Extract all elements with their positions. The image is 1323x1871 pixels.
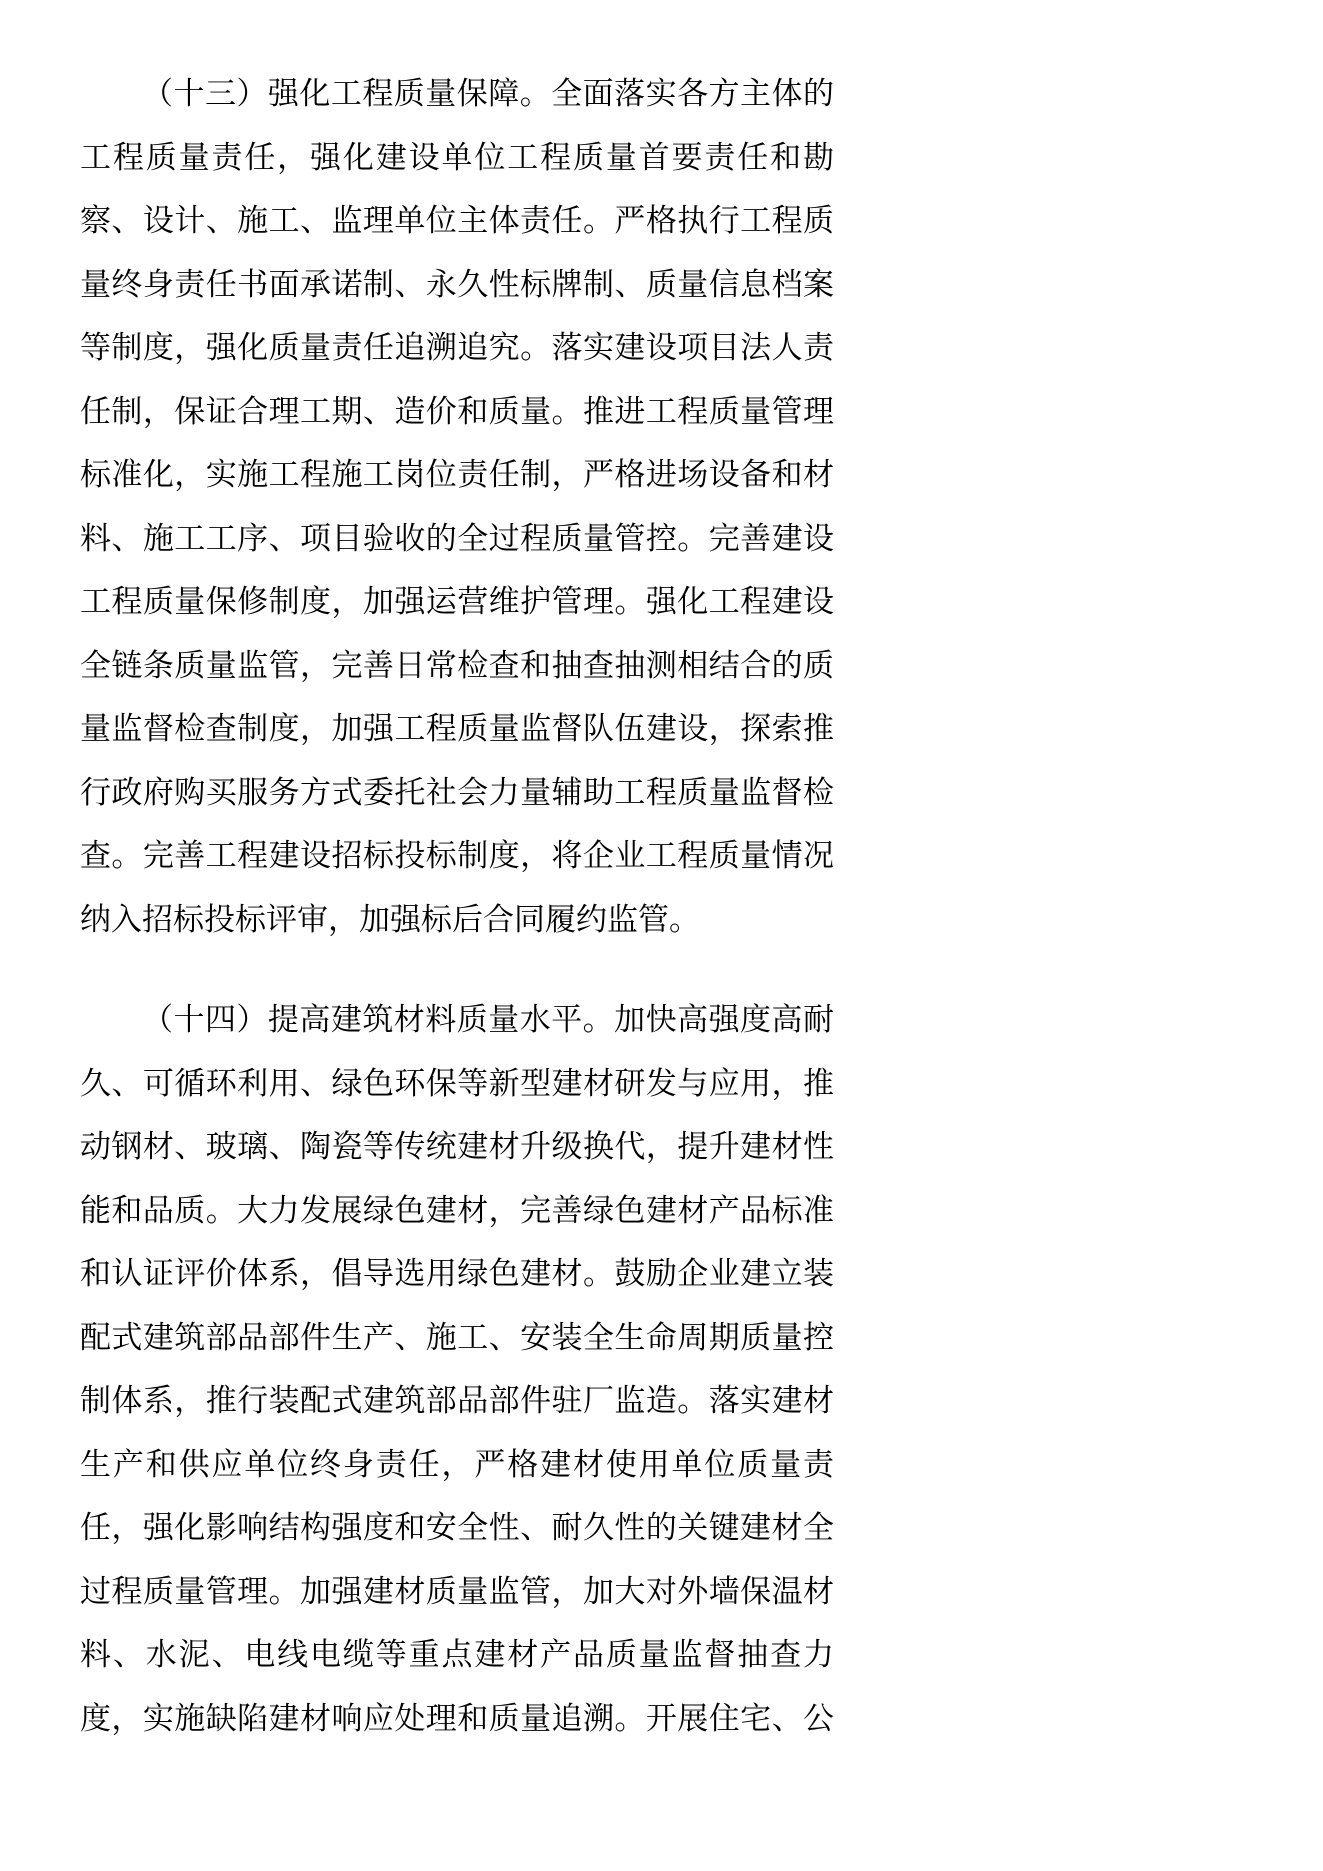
paragraph-item-13: （十三）强化工程质量保障。全面落实各方主体的工程质量责任，强化建设单位工程质量首… (80, 62, 834, 951)
text-line: 量监督检查制度，加强工程质量监督队伍建设，探索推 (80, 697, 834, 761)
text-line: 标准化，实施工程施工岗位责任制，严格进场设备和材 (80, 443, 834, 507)
text-line: 久、可循环利用、绿色环保等新型建材研发与应用，推 (80, 1052, 834, 1116)
paragraph-item-14: （十四）提高建筑材料质量水平。加快高强度高耐久、可循环利用、绿色环保等新型建材研… (80, 988, 834, 1750)
text-line: 料、水泥、电线电缆等重点建材产品质量监督抽查力 (80, 1623, 834, 1687)
text-line: 度，实施缺陷建材响应处理和质量追溯。开展住宅、公 (80, 1687, 834, 1751)
text-line: 行政府购买服务方式委托社会力量辅助工程质量监督检 (80, 761, 834, 825)
text-line: 动钢材、玻璃、陶瓷等传统建材升级换代，提升建材性 (80, 1115, 834, 1179)
text-line: 料、施工工序、项目验收的全过程质量管控。完善建设 (80, 507, 834, 571)
text-line: 全链条质量监管，完善日常检查和抽查抽测相结合的质 (80, 634, 834, 698)
text-line: 量终身责任书面承诺制、永久性标牌制、质量信息档案 (80, 253, 834, 317)
text-line: 任制，保证合理工期、造价和质量。推进工程质量管理 (80, 380, 834, 444)
text-line: 任，强化影响结构强度和安全性、耐久性的关键建材全 (80, 1496, 834, 1560)
text-line: 工程质量保修制度，加强运营维护管理。强化工程建设 (80, 570, 834, 634)
text-line: （十四）提高建筑材料质量水平。加快高强度高耐 (80, 988, 834, 1052)
text-line: 查。完善工程建设招标投标制度，将企业工程质量情况 (80, 824, 834, 888)
text-line: 生产和供应单位终身责任，严格建材使用单位质量责 (80, 1433, 834, 1497)
document-page: （十三）强化工程质量保障。全面落实各方主体的工程质量责任，强化建设单位工程质量首… (0, 0, 1323, 1871)
text-line: 配式建筑部品部件生产、施工、安装全生命周期质量控 (80, 1306, 834, 1370)
text-line: 过程质量管理。加强建材质量监管，加大对外墙保温材 (80, 1560, 834, 1624)
text-line: 工程质量责任，强化建设单位工程质量首要责任和勘 (80, 126, 834, 190)
text-column: （十三）强化工程质量保障。全面落实各方主体的工程质量责任，强化建设单位工程质量首… (80, 62, 834, 1750)
text-line: 制体系，推行装配式建筑部品部件驻厂监造。落实建材 (80, 1369, 834, 1433)
text-line: （十三）强化工程质量保障。全面落实各方主体的 (80, 62, 834, 126)
text-line: 能和品质。大力发展绿色建材，完善绿色建材产品标准 (80, 1179, 834, 1243)
text-line: 和认证评价体系，倡导选用绿色建材。鼓励企业建立装 (80, 1242, 834, 1306)
text-line: 等制度，强化质量责任追溯追究。落实建设项目法人责 (80, 316, 834, 380)
text-line: 察、设计、施工、监理单位主体责任。严格执行工程质 (80, 189, 834, 253)
text-line: 纳入招标投标评审，加强标后合同履约监管。 (80, 888, 834, 952)
